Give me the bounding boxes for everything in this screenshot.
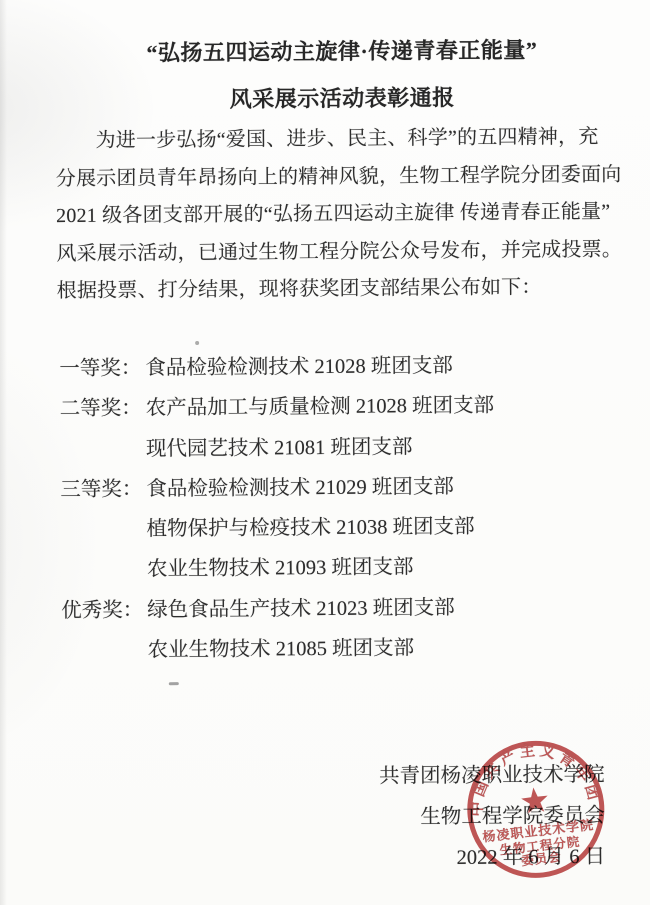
award-row: 一等奖： 食品检验检测技术 21028 班团支部 bbox=[59, 346, 494, 390]
award-rank-label: 优秀奖： bbox=[61, 590, 147, 631]
award-recipient: 食品检验检测技术 21028 班团支部 bbox=[145, 346, 453, 389]
award-row: 农业生物技术 21093 班团支部 bbox=[61, 547, 496, 591]
awards-list: 一等奖： 食品检验检测技术 21028 班团支部 二等奖： 农产品加工与质量检测… bbox=[59, 346, 496, 672]
body-line: 2021 级各团支部开展的“弘扬五四运动主旋律 传递青春正能量” bbox=[56, 194, 628, 236]
award-rank-label: 一等奖： bbox=[59, 348, 145, 389]
document-title: “弘扬五四运动主旋律·传递青春正能量” bbox=[17, 32, 650, 68]
award-row: 植物保护与检疫技术 21038 班团支部 bbox=[60, 507, 495, 551]
body-line: 风采展示活动，已通过生物工程分院公众号发布，并完成投票。 bbox=[56, 231, 628, 273]
body-line: 分展示团员青年昂扬向上的精神风貌，生物工程学院分团委面向 bbox=[56, 156, 628, 198]
scanned-document-page: “弘扬五四运动主旋律·传递青春正能量” 风采展示活动表彰通报 为进一步弘扬“爱国… bbox=[0, 0, 650, 905]
award-recipient: 农业生物技术 21093 班团支部 bbox=[147, 548, 414, 590]
award-rank-label bbox=[60, 429, 146, 470]
award-recipient: 农产品加工与质量检测 21028 班团支部 bbox=[145, 386, 494, 429]
award-recipient: 农业生物技术 21085 班团支部 bbox=[147, 628, 414, 670]
scan-artifact-dash bbox=[169, 682, 179, 685]
award-row: 农业生物技术 21085 班团支部 bbox=[61, 628, 496, 672]
body-line: 为进一步弘扬“爱国、进步、民主、科学”的五四精神，充 bbox=[55, 119, 627, 161]
award-rank-label bbox=[61, 550, 147, 591]
award-recipient: 食品检验检测技术 21029 班团支部 bbox=[146, 467, 454, 510]
award-recipient: 现代园艺技术 21081 班团支部 bbox=[146, 427, 413, 469]
award-row: 现代园艺技术 21081 班团支部 bbox=[60, 426, 495, 470]
award-row: 三等奖： 食品检验检测技术 21029 班团支部 bbox=[60, 467, 495, 511]
document-subtitle: 风采展示活动表彰通报 bbox=[17, 79, 650, 115]
award-rank-label bbox=[60, 510, 146, 551]
award-row: 优秀奖： 绿色食品生产技术 21023 班团支部 bbox=[61, 587, 496, 631]
seal-star-icon bbox=[520, 786, 549, 814]
body-line: 根据投票、打分结果，现将获奖团支部结果公布如下： bbox=[57, 269, 629, 311]
scan-artifact-dot bbox=[195, 341, 199, 345]
award-recipient: 绿色食品生产技术 21023 班团支部 bbox=[147, 588, 455, 631]
award-recipient: 植物保护与检疫技术 21038 班团支部 bbox=[146, 507, 474, 550]
award-row: 二等奖： 农产品加工与质量检测 21028 班团支部 bbox=[59, 386, 494, 430]
award-rank-label: 三等奖： bbox=[60, 469, 146, 510]
award-rank-label bbox=[61, 630, 147, 671]
document-content: “弘扬五四运动主旋律·传递青春正能量” 风采展示活动表彰通报 为进一步弘扬“爱国… bbox=[0, 0, 650, 905]
official-seal: 中国共产主义青年团 杨凌职业技术学院 生物工程分院 委员会 bbox=[441, 714, 631, 904]
award-rank-label: 二等奖： bbox=[59, 389, 145, 430]
body-paragraph: 为进一步弘扬“爱国、进步、民主、科学”的五四精神，充 分展示团员青年昂扬向上的精… bbox=[55, 119, 628, 311]
